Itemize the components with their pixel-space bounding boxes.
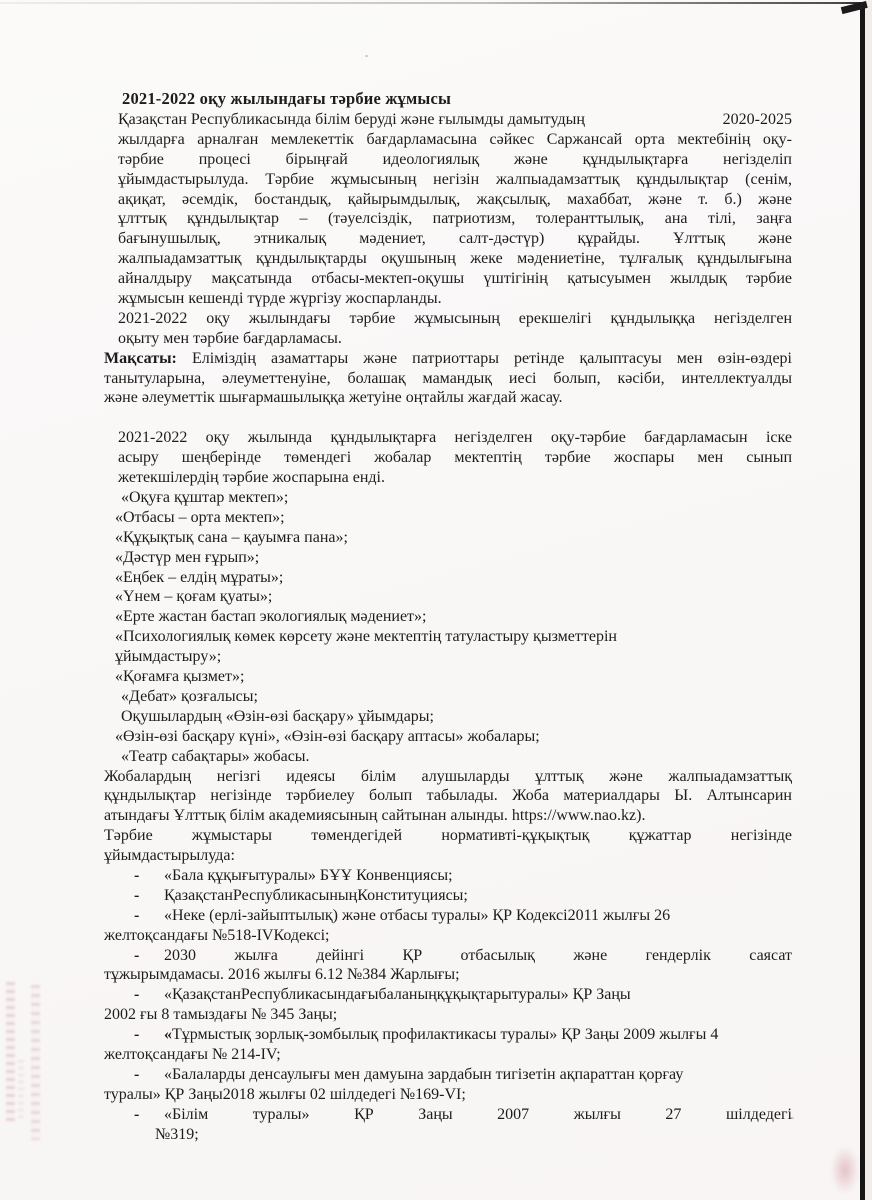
text-line: «Ерте жастан бастап экологиялық мәдениет… [115,607,792,627]
text-line: «Қоғамға қызмет»; [115,667,792,687]
text-line: туралы» ҚР Заңы2018 жылғы 02 шілдедегі №… [104,1085,792,1105]
list-dash-marker: - [134,866,164,886]
list-item-line: -«Білім туралы» ҚР Заңы 2007 жылғы 27 ші… [104,1105,792,1125]
list-item-line: -«Бала құқығытуралы» БҰҰ Конвенциясы; [104,866,792,886]
text-line: ұйымдастыру»; [115,647,792,667]
list-dash-marker: - [134,1105,164,1125]
list-dash-marker: - [134,985,164,1005]
text-line: «Оқуға құштар мектеп»; [115,488,792,508]
scan-speck [365,55,368,57]
list-item-line: -«Тұрмыстық зорлық-зомбылық профилактика… [104,1025,792,1045]
list-item-line: -«ҚазақстанРеспубликасындағыбаланыңқұқық… [104,985,792,1005]
text-line: №319; [155,1125,792,1145]
text-line: Қазақстан Республикасында білім беруді ж… [118,110,792,130]
text-line: бағынушылық, этникалық мәдениет, салт-дә… [118,229,792,249]
scanned-document-page: 2021-2022 оқу жылындағы тәрбие жұмысы Қа… [0,0,872,1200]
text-line: «Үнем – қоғам қуаты»; [115,587,792,607]
list-dash-marker: - [134,1065,164,1085]
text-line: 2021-2022 оқу жылындағы тәрбие жұмысының… [118,309,792,329]
program-intro-paragraph: 2021-2022 оқу жылында құндылықтарға негі… [118,428,792,488]
text-line: ақиқат, әсемдік, бостандық, қайырымдылық… [118,190,792,210]
text-line: тәрбие процесі бірыңғай идеологиялық жән… [118,150,792,170]
ink-bleed-artifact [18,1060,24,1120]
text-segment: 2020-2025 [723,110,792,130]
text-line: жұмысын кешенді түрде жүргізу жоспарланд… [118,289,792,309]
list-item-line: -«Неке (ерлі-зайыптылық) және отбасы тур… [104,906,792,926]
ink-bleed-artifact [31,985,40,1140]
bold-prefix: « [164,1026,172,1043]
text-line: Оқушылардың «Өзін-өзі басқару» ұйымдары; [115,707,792,727]
text-line: оқыту мен тәрбие бағдарламасы. [118,329,792,349]
text-line: желтоқсандағы № 214-IV; [104,1045,792,1065]
goal-paragraph: Мақсаты: Еліміздің азаматтары және патри… [104,349,792,409]
text-line: жалпыадамзаттық құндылықтарды оқушының ж… [118,249,792,269]
text-line: «Еңбек – елдің мұраты»; [115,568,792,588]
ink-bleed-artifact [6,982,15,1122]
pink-smudge-artifact [831,1146,859,1194]
text-line: «Құқықтық сана – қауымға пана»; [115,528,792,548]
text-line: ұлттық құндылықтар – (тәуелсіздік, патри… [118,209,792,229]
text-line: айналдыру мақсатында отбасы-мектеп-оқушы… [118,269,792,289]
text-line: Жобалардың негізгі идеясы білім алушылар… [104,767,792,787]
text-line: «Дәстүр мен ғұрып»; [115,548,792,568]
document-title: 2021-2022 оқу жылындағы тәрбие жұмысы [122,88,792,110]
text-line: тұжырымдамасы. 2016 жылғы 6.12 №384 Жарл… [104,965,792,985]
list-item-line: -ҚазақстанРеспубликасыныңКонституциясы; [104,886,792,906]
text-line: «Дебат» қозғалысы; [115,687,792,707]
text-line: жылдарға арналған мемлекеттік бағдарлама… [118,130,792,150]
text-line: 2002 ғы 8 тамыздағы № 345 Заңы; [104,1005,792,1025]
text-line: «Өзін-өзі басқару күні», «Өзін-өзі басқа… [115,727,792,747]
bold-label: Мақсаты: [104,350,177,367]
text-line: «Театр сабақтары» жобасы. [115,747,792,767]
text-line: 2021-2022 оқу жылында құндылықтарға негі… [118,428,792,448]
text-line: Тәрбие жұмыстары төмендегідей нормативті… [104,826,792,846]
text-line: «Отбасы – орта мектеп»; [115,508,792,528]
text-line: асыру шеңберінде төмендегі жобалар мекте… [118,448,792,468]
list-dash-marker: - [134,906,164,926]
normative-list: -«Бала құқығытуралы» БҰҰ Конвенциясы;-Қа… [104,866,792,1144]
text-segment: Қазақстан Республикасында білім беруді ж… [118,110,585,130]
text-line: Мақсаты: Еліміздің азаматтары және патри… [104,349,792,369]
scan-top-edge-artifact [0,2,872,4]
list-dash-marker: - [134,1025,164,1045]
list-item-line: -«Балаларды денсаулығы мен дамуына зарда… [104,1065,792,1085]
text-line: «Психологиялық көмек көрсету және мектеп… [115,627,792,647]
projects-list: «Оқуға құштар мектеп»;«Отбасы – орта мек… [115,488,792,766]
text-line: және әлеуметтік шығармашылыққа жетуіне о… [104,388,792,408]
text-line: жетекшілердің тәрбие жоспарына енді. [118,468,792,488]
normative-intro-paragraph: Тәрбие жұмыстары төмендегідей нормативті… [104,826,792,866]
text-line: ұйымдастырылуда. Тәрбие жұмысының негізі… [118,170,792,190]
list-dash-marker: - [134,886,164,906]
list-item-line: -2030 жылға дейінгі ҚР отбасылық және ге… [104,946,792,966]
text-line: ұйымдастырылуда: [104,846,792,866]
paragraph-spacer [104,408,792,428]
document-body: 2021-2022 оқу жылындағы тәрбие жұмысы Қа… [104,88,792,1144]
text-line: құндылықтар негізінде тәрбиелеу болып та… [104,786,792,806]
idea-paragraph: Жобалардың негізгі идеясы білім алушылар… [104,767,792,827]
text-line: танытуларына, әлеуметтенуіне, болашақ ма… [104,369,792,389]
text-line: атындағы Ұлттық білім академиясының сайт… [104,806,792,826]
text-line: желтоқсандағы №518-IVКодексі; [104,926,792,946]
list-dash-marker: - [134,946,164,966]
scan-right-margin [865,0,872,1200]
intro-paragraph: Қазақстан Республикасында білім беруді ж… [118,110,792,349]
